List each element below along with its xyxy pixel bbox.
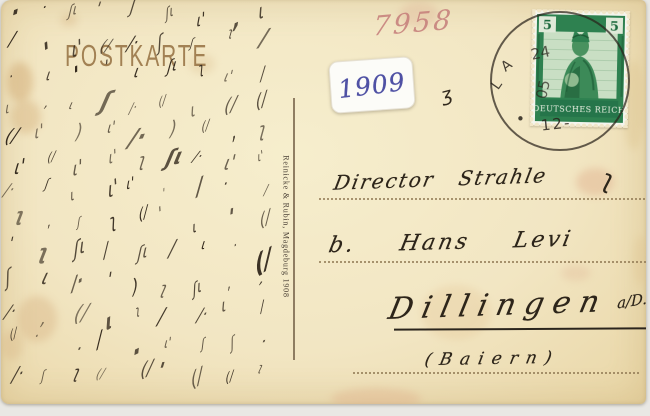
- handwriting-stroke: ι: [67, 99, 74, 112]
- handwriting-stroke: ': [93, 0, 103, 17]
- address-line-2: b. Hans Levi: [326, 227, 575, 259]
- handwriting-stroke: ʃ: [44, 177, 50, 191]
- handwriting-stroke: ': [7, 236, 15, 253]
- handwriting-stroke: ': [227, 205, 235, 230]
- handwriting-stroke: ʃ: [77, 216, 81, 230]
- handwriting-stroke: (/: [3, 128, 21, 149]
- handwriting-stroke: /·: [72, 271, 84, 296]
- handwriting-stroke: ʃι: [192, 278, 203, 300]
- handwriting-stroke: /·: [126, 125, 149, 152]
- handwriting-stroke: ': [73, 62, 79, 87]
- handwriting-stroke: ι': [196, 9, 206, 30]
- handwriting-stroke: ,: [39, 310, 48, 330]
- handwriting-stroke: ι: [220, 296, 226, 316]
- handwriting-stroke: ι': [106, 120, 116, 138]
- address-line-4: (Baiern): [423, 348, 561, 370]
- handwriting-stroke: ʃι: [164, 4, 173, 23]
- handwriting-stroke: ι: [200, 238, 207, 254]
- handwriting-stroke: /·: [1, 182, 16, 200]
- handwriting-stroke: ʃ: [189, 37, 194, 50]
- handwriting-stroke: /·: [129, 100, 138, 116]
- handwriting-stroke: ': [105, 270, 113, 290]
- address-city: Dillingen: [385, 284, 611, 327]
- handwriting-stroke: ': [42, 38, 51, 69]
- address-line-1: Director Strahle: [332, 163, 550, 195]
- handwriting-stroke: ι': [127, 174, 135, 193]
- postmark-date-upper: 24: [530, 44, 552, 63]
- handwriting-stroke: ι': [107, 176, 119, 203]
- handwriting-stroke: ι': [257, 148, 265, 164]
- handwriting-stroke: ʃ: [40, 368, 45, 383]
- handwriting-stroke: ʅ: [137, 151, 148, 172]
- handwriting-stroke: ι: [105, 309, 113, 334]
- catalog-number-handwriting: 7958: [372, 4, 455, 42]
- handwriting-stroke: (/: [46, 150, 55, 166]
- handwriting-stroke: ʃ: [5, 266, 13, 290]
- handwriting-stroke: /·: [191, 150, 204, 165]
- handwriting-stroke: ,: [227, 276, 233, 293]
- handwriting-stroke: /·: [11, 364, 26, 386]
- stain: [561, 265, 591, 281]
- handwriting-stroke: ι: [39, 267, 52, 289]
- year-label-sticker: 1909: [328, 56, 415, 114]
- postmark-time: 12-: [540, 115, 572, 133]
- handwriting-stroke: ': [162, 186, 166, 200]
- handwriting-stroke: (/: [202, 117, 210, 134]
- handwriting-stroke: ·: [32, 328, 39, 345]
- postcard-back: POSTKARTE ·/·ι(/ι'/·ʅ'ʃ/·(//··'ι,ι'(/ʃ,ʅ…: [1, 0, 646, 404]
- handwritten-message-area: ·/·ι(/ι'/·ʅ'ʃ/·(//··'ι,ι'(/ʃ,ʅι,·ʃʃιι''ι…: [1, 0, 291, 404]
- handwriting-stroke: ι': [34, 122, 43, 144]
- handwriting-stroke: /: [95, 328, 103, 352]
- handwriting-stroke: ι': [164, 335, 173, 351]
- handwriting-stroke: (/: [72, 301, 90, 326]
- handwriting-stroke: ,: [46, 215, 51, 230]
- address-dotted-line-1: [319, 198, 645, 200]
- handwriting-stroke: ): [169, 118, 177, 140]
- handwriting-stroke: ʅ: [108, 211, 117, 234]
- handwriting-stroke: ·: [9, 70, 13, 86]
- ink-squiggle: ʒ: [439, 83, 455, 107]
- handwriting-stroke: ι': [72, 157, 82, 181]
- handwriting-stroke: ʅ: [158, 279, 170, 298]
- handwriting-stroke: ʅ: [257, 119, 268, 142]
- handwriting-stroke: ,: [44, 98, 51, 111]
- handwriting-stroke: ι: [258, 1, 265, 24]
- handwriting-stroke: ʃ: [157, 32, 164, 55]
- handwriting-stroke: (/: [138, 204, 148, 225]
- handwriting-stroke: ι': [72, 37, 83, 63]
- divider-line: [293, 98, 295, 360]
- handwriting-stroke: /: [102, 241, 109, 263]
- handwriting-stroke: ·: [40, 0, 48, 16]
- handwriting-stroke: /·: [2, 303, 17, 322]
- handwriting-stroke: ,: [233, 6, 241, 32]
- handwriting-stroke: (/: [98, 37, 113, 55]
- handwriting-stroke: (/: [225, 369, 233, 386]
- handwriting-stroke: ʃι: [166, 57, 178, 77]
- handwriting-stroke: ʅ: [198, 60, 205, 79]
- handwriting-stroke: ): [131, 276, 138, 298]
- handwriting-stroke: ʃι: [68, 2, 78, 20]
- handwriting-stroke: ʃ: [201, 337, 205, 352]
- handwriting-stroke: (/: [139, 358, 153, 382]
- handwriting-stroke: (/: [9, 326, 18, 343]
- handwriting-stroke: ʅ: [35, 241, 51, 264]
- handwriting-stroke: ʃι: [137, 242, 149, 264]
- handwriting-stroke: ·: [223, 175, 229, 193]
- handwriting-stroke: ʅ: [12, 206, 26, 227]
- handwriting-stroke: ι': [222, 68, 234, 84]
- handwriting-stroke: (/: [256, 90, 268, 114]
- handwriting-stroke: (/: [95, 366, 106, 381]
- handwriting-stroke: /: [263, 183, 268, 197]
- handwriting-stroke: /: [259, 299, 265, 316]
- handwriting-stroke: (/: [190, 366, 204, 393]
- address-dotted-line-2: [319, 261, 646, 263]
- handwriting-stroke: ': [155, 359, 167, 381]
- handwriting-stroke: ι': [108, 147, 117, 168]
- handwriting-stroke: ι': [222, 153, 237, 175]
- handwriting-stroke: ι: [190, 99, 197, 120]
- handwriting-stroke: ʃ: [129, 0, 137, 17]
- address-flourish: ʅ: [598, 164, 618, 196]
- handwriting-stroke: ʃι: [164, 145, 186, 170]
- handwriting-stroke: ι': [13, 156, 26, 179]
- handwriting-stroke: ʅ: [71, 363, 83, 382]
- handwriting-stroke: ): [75, 121, 83, 143]
- scanner-background: POSTKARTE ·/·ι(/ι'/·ʅ'ʃ/·(//··'ι,ι'(/ʃ,ʅ…: [0, 0, 650, 416]
- handwriting-stroke: /: [258, 26, 271, 50]
- handwriting-stroke: ι: [191, 219, 197, 237]
- handwriting-stroke: /: [260, 65, 266, 84]
- handwriting-stroke: ι: [5, 100, 10, 117]
- handwriting-stroke: /: [196, 174, 204, 200]
- handwriting-stroke: ·: [132, 337, 141, 368]
- handwriting-stroke: ·: [75, 340, 83, 361]
- handwriting-stroke: (/: [259, 207, 271, 231]
- handwriting-stroke: ʃ: [229, 334, 236, 353]
- year-label-text: 1909: [337, 66, 408, 103]
- handwriting-stroke: ': [103, 58, 109, 77]
- handwriting-stroke: ʅ: [257, 362, 266, 374]
- handwriting-stroke: ʅ: [227, 26, 234, 40]
- handwriting-stroke: /·: [125, 35, 140, 56]
- handwriting-stroke: /: [157, 306, 167, 329]
- handwriting-stroke: ·: [233, 238, 237, 255]
- address-region: a/D.: [617, 289, 646, 312]
- city-underline: [394, 327, 646, 330]
- handwriting-stroke: ι: [132, 63, 141, 82]
- handwriting-stroke: /: [168, 237, 177, 260]
- postmark-dot: •: [516, 112, 525, 127]
- handwriting-stroke: /: [7, 30, 17, 50]
- address-dotted-line-4: [353, 372, 639, 374]
- handwriting-stroke: ·: [11, 0, 20, 28]
- handwriting-stroke: /·: [196, 305, 210, 325]
- stain: [633, 235, 646, 285]
- handwriting-stroke: (/: [159, 94, 167, 110]
- postmark-date-lower: 05: [534, 79, 553, 101]
- handwriting-stroke: ι: [69, 188, 75, 205]
- stain: [331, 388, 421, 404]
- handwriting-stroke: (/: [224, 95, 238, 119]
- handwriting-stroke: ,: [230, 120, 238, 144]
- handwriting-stroke: ʃι: [73, 236, 85, 262]
- handwriting-stroke: ': [158, 204, 163, 224]
- handwriting-stroke: ʅ: [135, 303, 141, 318]
- handwriting-stroke: ·: [259, 332, 268, 351]
- handwriting-stroke: ʃ: [98, 89, 114, 115]
